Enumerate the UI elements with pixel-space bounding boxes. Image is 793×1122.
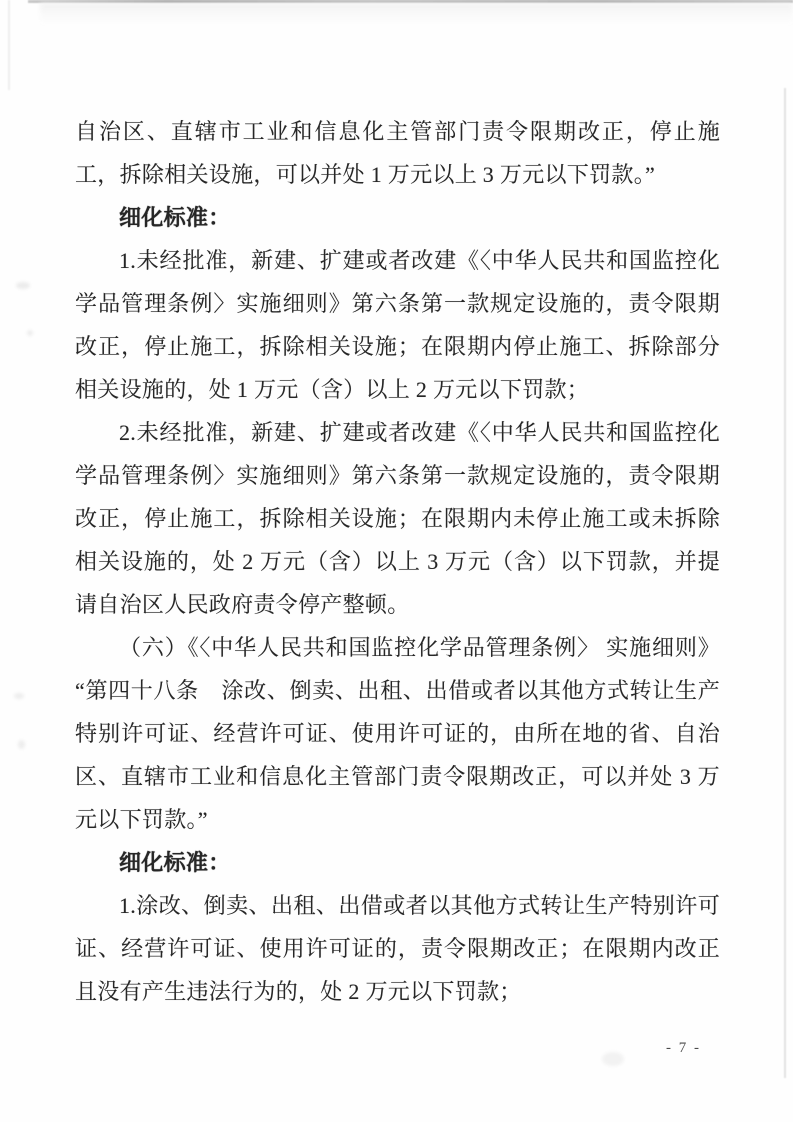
section-heading: 细化标准：	[75, 841, 720, 884]
body-paragraph: 1.未经批准，新建、扩建或者改建《〈中华人民共和国监控化学品管理条例〉实施细则》…	[75, 239, 720, 411]
scan-edge-left-shadow	[8, 0, 10, 90]
page-number: - 7 -	[666, 1038, 701, 1058]
scanned-document-page: 自治区、直辖市工业和信息化主管部门责令限期改正，停止施工，拆除相关设施，可以并处…	[0, 0, 793, 1122]
document-body: 自治区、直辖市工业和信息化主管部门责令限期改正，停止施工，拆除相关设施，可以并处…	[75, 110, 720, 1013]
body-paragraph: 1.涂改、倒卖、出租、出借或者以其他方式转让生产特别许可证、经营许可证、使用许可…	[75, 884, 720, 1013]
scan-edge-right-shadow	[784, 88, 786, 1078]
section-heading: 细化标准：	[75, 196, 720, 239]
body-paragraph: 自治区、直辖市工业和信息化主管部门责令限期改正，停止施工，拆除相关设施，可以并处…	[75, 110, 720, 196]
body-paragraph: （六）《〈中华人民共和国监控化学品管理条例〉 实施细则》“第四十八条 涂改、倒卖…	[75, 626, 720, 841]
scan-speck	[14, 693, 24, 699]
scan-speck	[16, 282, 30, 289]
scan-speck	[27, 330, 33, 336]
body-paragraph: 2.未经批准，新建、扩建或者改建《〈中华人民共和国监控化学品管理条例〉实施细则》…	[75, 411, 720, 626]
scan-speck	[18, 740, 25, 749]
scan-top-smudge	[40, 3, 793, 25]
scan-speck	[602, 1052, 624, 1066]
